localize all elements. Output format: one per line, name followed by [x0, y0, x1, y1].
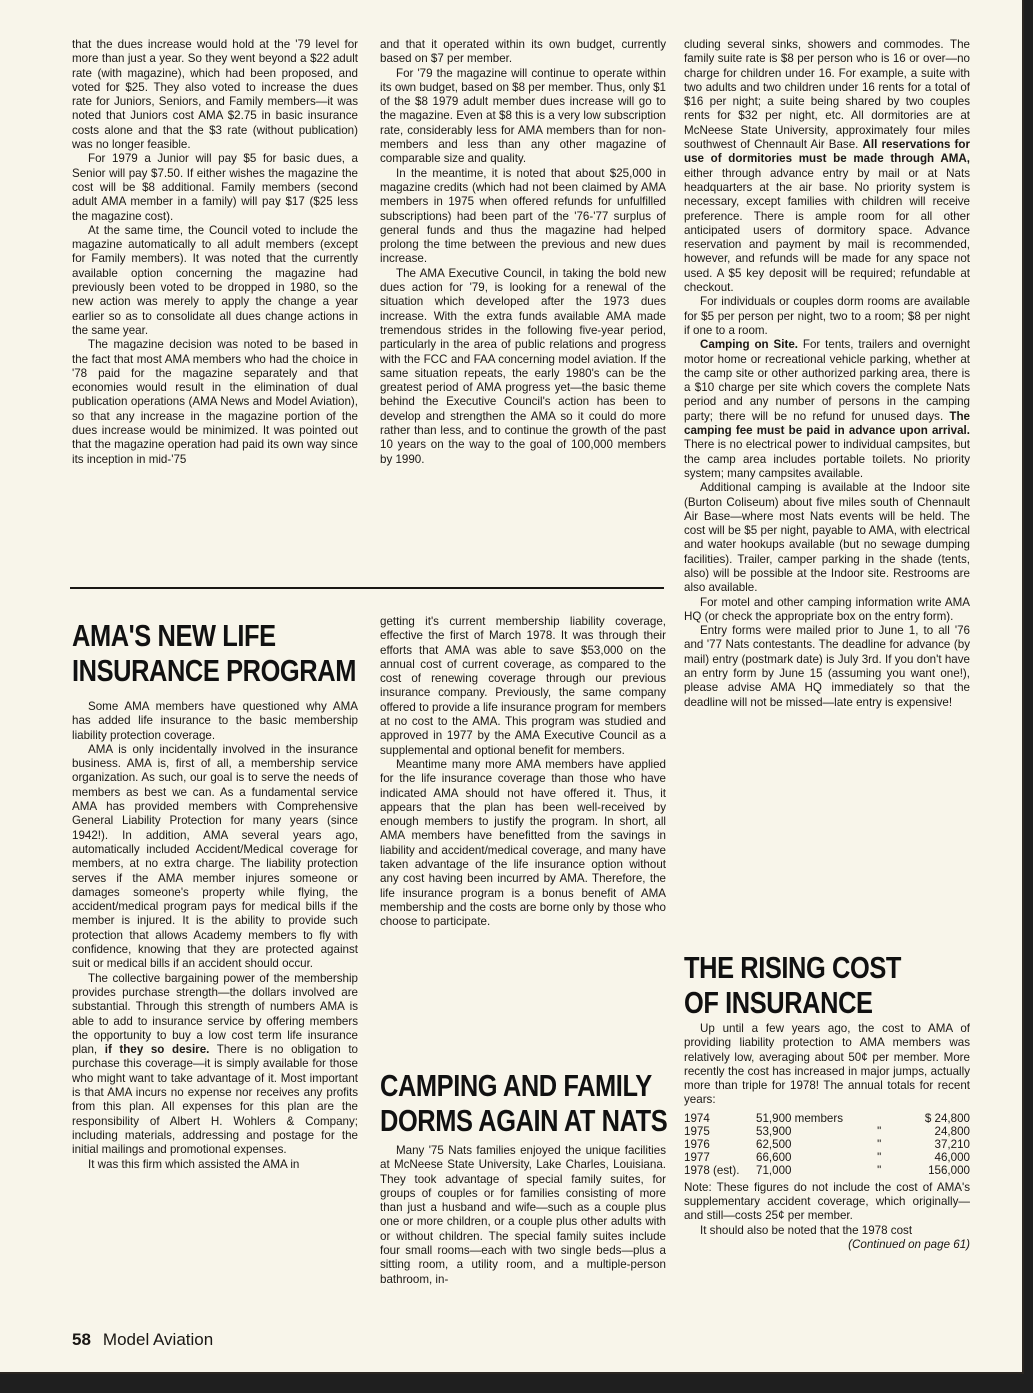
paragraph: getting it's current membership liabilit…: [380, 615, 666, 758]
publication-name: Model Aviation: [103, 1330, 213, 1349]
paragraph: In the meantime, it is noted that about …: [380, 167, 666, 267]
headline-line: INSURANCE PROGRAM: [72, 653, 307, 688]
paragraph: Many '75 Nats families enjoyed the uniqu…: [380, 1144, 666, 1287]
paragraph: Additional camping is available at the I…: [684, 481, 970, 595]
dues-article-column-1: that the dues increase would hold at the…: [72, 38, 358, 467]
paragraph: The AMA Executive Council, in taking the…: [380, 267, 666, 467]
paragraph: The magazine decision was noted to be ba…: [72, 338, 358, 467]
headline-line: DORMS AGAIN AT NATS: [380, 1103, 615, 1138]
camping-column-3: cluding several sinks, showers and commo…: [684, 38, 970, 710]
paragraph: For individuals or couples dorm rooms ar…: [684, 295, 970, 338]
paragraph: Note: These figures do not include the c…: [684, 1181, 970, 1224]
paragraph: and that it operated within its own budg…: [380, 38, 666, 67]
table-row: 1977 66,600 " 46,000: [684, 1151, 970, 1164]
paragraph: For motel and other camping information …: [684, 596, 970, 625]
paragraph: that the dues increase would hold at the…: [72, 38, 358, 152]
life-insurance-headline: AMA'S NEW LIFE INSURANCE PROGRAM: [72, 618, 358, 700]
emphasis: if they so desire.: [105, 1043, 210, 1056]
table-row: 1975 53,900 " 24,800: [684, 1125, 970, 1138]
paragraph: At the same time, the Council voted to i…: [72, 224, 358, 338]
table-row: 1978 (est). 71,000 " 156,000: [684, 1164, 970, 1177]
table-row: 1974 51,900 members $ 24,800: [684, 1112, 970, 1125]
paragraph: cluding several sinks, showers and commo…: [684, 38, 970, 295]
paragraph: It was this firm which assisted the AMA …: [72, 1158, 358, 1172]
paragraph: For '79 the magazine will continue to op…: [380, 67, 666, 167]
continued-note: (Continued on page 61): [684, 1238, 970, 1252]
headline-line: CAMPING AND FAMILY: [380, 1068, 615, 1103]
life-insurance-column-2: getting it's current membership liabilit…: [380, 615, 666, 930]
paragraph: Meantime many more AMA members have appl…: [380, 758, 666, 930]
magazine-page: that the dues increase would hold at the…: [0, 0, 1024, 1374]
camping-article-start: CAMPING AND FAMILY DORMS AGAIN AT NATS M…: [380, 1068, 666, 1287]
table-row: 1976 62,500 " 37,210: [684, 1138, 970, 1151]
subheading: Camping on Site.: [700, 338, 798, 351]
paragraph: Some AMA members have questioned why AMA…: [72, 700, 358, 743]
headline-line: AMA'S NEW LIFE: [72, 618, 307, 653]
paragraph: Up until a few years ago, the cost to AM…: [684, 1022, 970, 1108]
paragraph: AMA is only incidentally involved in the…: [72, 743, 358, 972]
paragraph: The collective bargaining power of the m…: [72, 972, 358, 1158]
section-divider: [70, 587, 664, 589]
paragraph: It should also be noted that the 1978 co…: [684, 1224, 970, 1238]
insurance-cost-table: 1974 51,900 members $ 24,800 1975 53,900…: [684, 1112, 970, 1177]
rising-cost-headline: THE RISING COST OF INSURANCE: [684, 950, 970, 1022]
page-footer: 58Model Aviation: [72, 1330, 213, 1350]
paragraph: Entry forms were mailed prior to June 1,…: [684, 624, 970, 710]
life-insurance-column-1: AMA'S NEW LIFE INSURANCE PROGRAM Some AM…: [72, 618, 358, 1172]
paragraph: Camping on Site. For tents, trailers and…: [684, 338, 970, 481]
headline-line: THE RISING COST: [684, 950, 919, 985]
rising-cost-article: THE RISING COST OF INSURANCE Up until a …: [684, 950, 970, 1252]
headline-line: OF INSURANCE: [684, 985, 919, 1020]
page-number: 58: [72, 1330, 91, 1349]
paragraph: For 1979 a Junior will pay $5 for basic …: [72, 152, 358, 223]
camping-headline: CAMPING AND FAMILY DORMS AGAIN AT NATS: [380, 1068, 666, 1144]
dues-article-column-2: and that it operated within its own budg…: [380, 38, 666, 467]
